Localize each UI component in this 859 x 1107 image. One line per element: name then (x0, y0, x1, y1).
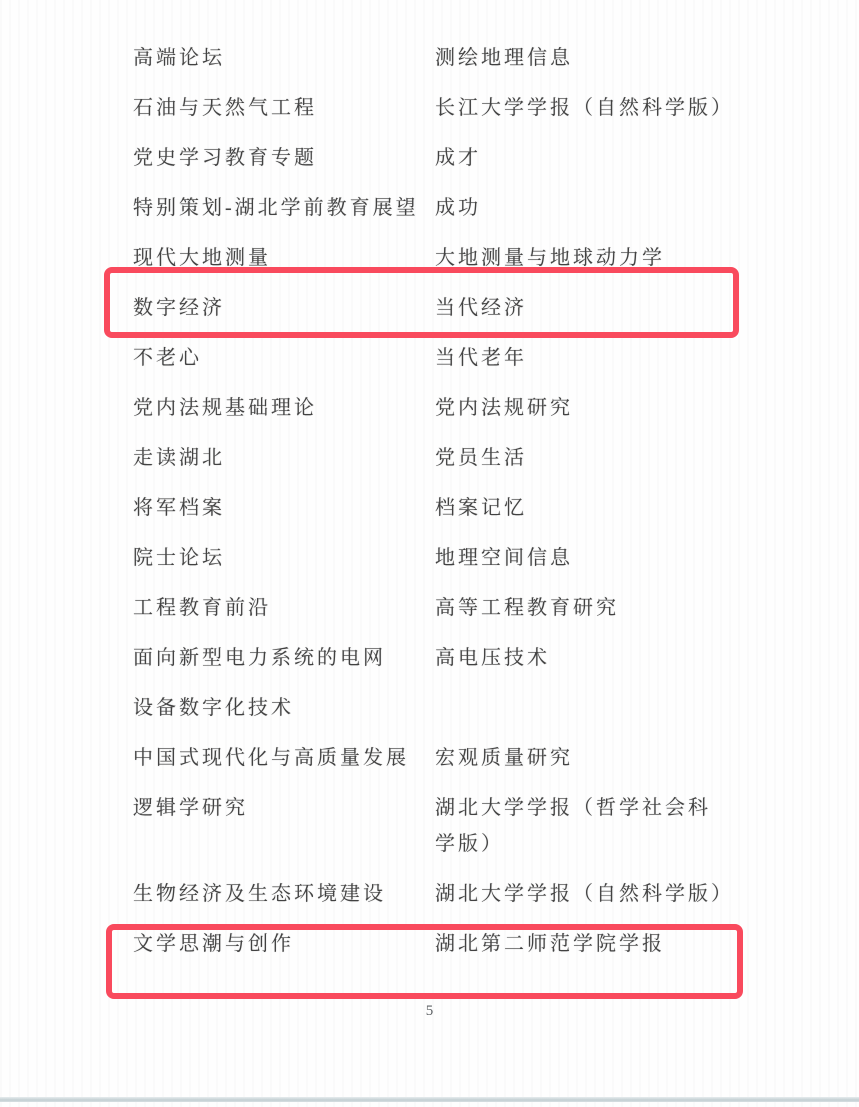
journal-name-text: 党内法规研究 (435, 383, 743, 433)
column-name-text: 高端论坛 (133, 33, 435, 83)
scanned-document-page: 高端论坛 测绘地理信息 石油与天然气工程 长江大学学报（自然科学版） 党史学习教… (0, 0, 859, 1107)
column-name-text: 工程教育前沿 (133, 583, 435, 633)
table-row: 中国式现代化与高质量发展 宏观质量研究 (133, 733, 749, 783)
column-name-text: 特别策划-湖北学前教育展望 (133, 183, 435, 233)
column-name-text: 现代大地测量 (133, 233, 435, 283)
column-name-text: 走读湖北 (133, 433, 435, 483)
column-name-text: 中国式现代化与高质量发展 (133, 733, 435, 783)
journal-name-text: 当代老年 (435, 333, 743, 383)
table-row: 院士论坛 地理空间信息 (133, 533, 749, 583)
column-name-text: 面向新型电力系统的电网 (133, 633, 435, 683)
table-row: 数字经济 当代经济 (133, 283, 749, 333)
journal-name-text: 宏观质量研究 (435, 733, 743, 783)
column-name-text: 将军档案 (133, 483, 435, 533)
journal-name-text: 成才 (435, 133, 743, 183)
column-name-text: 党史学习教育专题 (133, 133, 435, 183)
table-row: 文学思潮与创作 湖北第二师范学院学报 (133, 919, 749, 969)
column-name-text: 数字经济 (133, 283, 435, 333)
table-row: 高端论坛 测绘地理信息 (133, 33, 749, 83)
journal-column-table: 高端论坛 测绘地理信息 石油与天然气工程 长江大学学报（自然科学版） 党史学习教… (133, 33, 749, 969)
table-row: 党史学习教育专题 成才 (133, 133, 749, 183)
journal-name-text: 高电压技术 (435, 633, 743, 683)
journal-name-text: 长江大学学报（自然科学版） (435, 83, 743, 133)
journal-name-text: 大地测量与地球动力学 (435, 233, 743, 283)
table-row: 逻辑学研究 湖北大学学报（哲学社会科 学版） (133, 783, 749, 869)
column-name-text: 文学思潮与创作 (133, 919, 435, 969)
table-row: 面向新型电力系统的电网 高电压技术 (133, 633, 749, 683)
column-name-text: 党内法规基础理论 (133, 383, 435, 433)
scan-bottom-edge (0, 1097, 859, 1102)
journal-name-text: 湖北大学学报（自然科学版） (435, 869, 743, 919)
table-row: 将军档案 档案记忆 (133, 483, 749, 533)
column-name-text: 石油与天然气工程 (133, 83, 435, 133)
table-row: 生物经济及生态环境建设 湖北大学学报（自然科学版） (133, 869, 749, 919)
table-row: 设备数字化技术 (133, 683, 749, 733)
column-name-text: 逻辑学研究 (133, 790, 435, 826)
column-name-text: 院士论坛 (133, 533, 435, 583)
journal-name-text: 测绘地理信息 (435, 33, 743, 83)
table-row: 走读湖北 党员生活 (133, 433, 749, 483)
table-row: 工程教育前沿 高等工程教育研究 (133, 583, 749, 633)
column-name-text: 不老心 (133, 333, 435, 383)
column-name-text: 设备数字化技术 (133, 683, 435, 733)
table-row: 现代大地测量 大地测量与地球动力学 (133, 233, 749, 283)
table-row: 石油与天然气工程 长江大学学报（自然科学版） (133, 83, 749, 133)
journal-name-text: 地理空间信息 (435, 533, 743, 583)
table-row: 不老心 当代老年 (133, 333, 749, 383)
journal-name-text: 高等工程教育研究 (435, 583, 743, 633)
journal-name-text: 党员生活 (435, 433, 743, 483)
page-number: 5 (0, 1003, 859, 1020)
table-row: 党内法规基础理论 党内法规研究 (133, 383, 749, 433)
journal-name-text: 档案记忆 (435, 483, 743, 533)
table-row: 特别策划-湖北学前教育展望 成功 (133, 183, 749, 233)
journal-name-text: 湖北第二师范学院学报 (435, 919, 743, 969)
column-name-text: 生物经济及生态环境建设 (133, 869, 435, 919)
journal-name-text: 当代经济 (435, 283, 743, 333)
journal-name-text: 成功 (435, 183, 743, 233)
journal-name-text: 湖北大学学报（哲学社会科 学版） (435, 790, 743, 862)
